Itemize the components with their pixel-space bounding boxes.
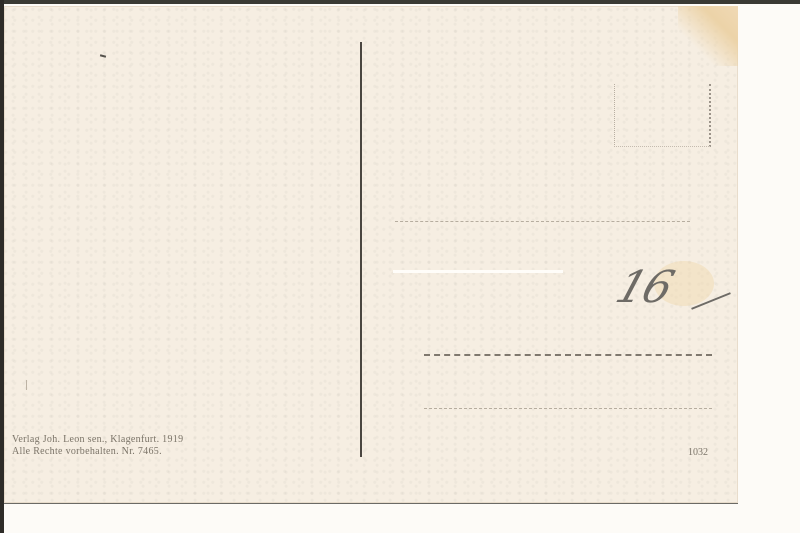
stamp-box <box>614 84 711 147</box>
center-divider-line <box>360 42 362 457</box>
publisher-line-1: Verlag Joh. Leon sen., Klagenfurt. 1919 <box>12 434 183 446</box>
postcard-back <box>4 6 738 503</box>
paper-mark <box>26 380 27 390</box>
address-line-3 <box>424 354 712 356</box>
publisher-imprint: Verlag Joh. Leon sen., Klagenfurt. 1919 … <box>12 434 183 458</box>
catalog-number: 1032 <box>688 447 708 458</box>
address-line-4 <box>424 408 712 409</box>
scan-edge-top <box>0 0 800 4</box>
address-line-2 <box>393 270 563 273</box>
corner-stain <box>678 6 738 66</box>
address-line-1 <box>395 221 690 222</box>
publisher-line-2: Alle Rechte vorbehalten. Nr. 7465. <box>12 446 183 458</box>
